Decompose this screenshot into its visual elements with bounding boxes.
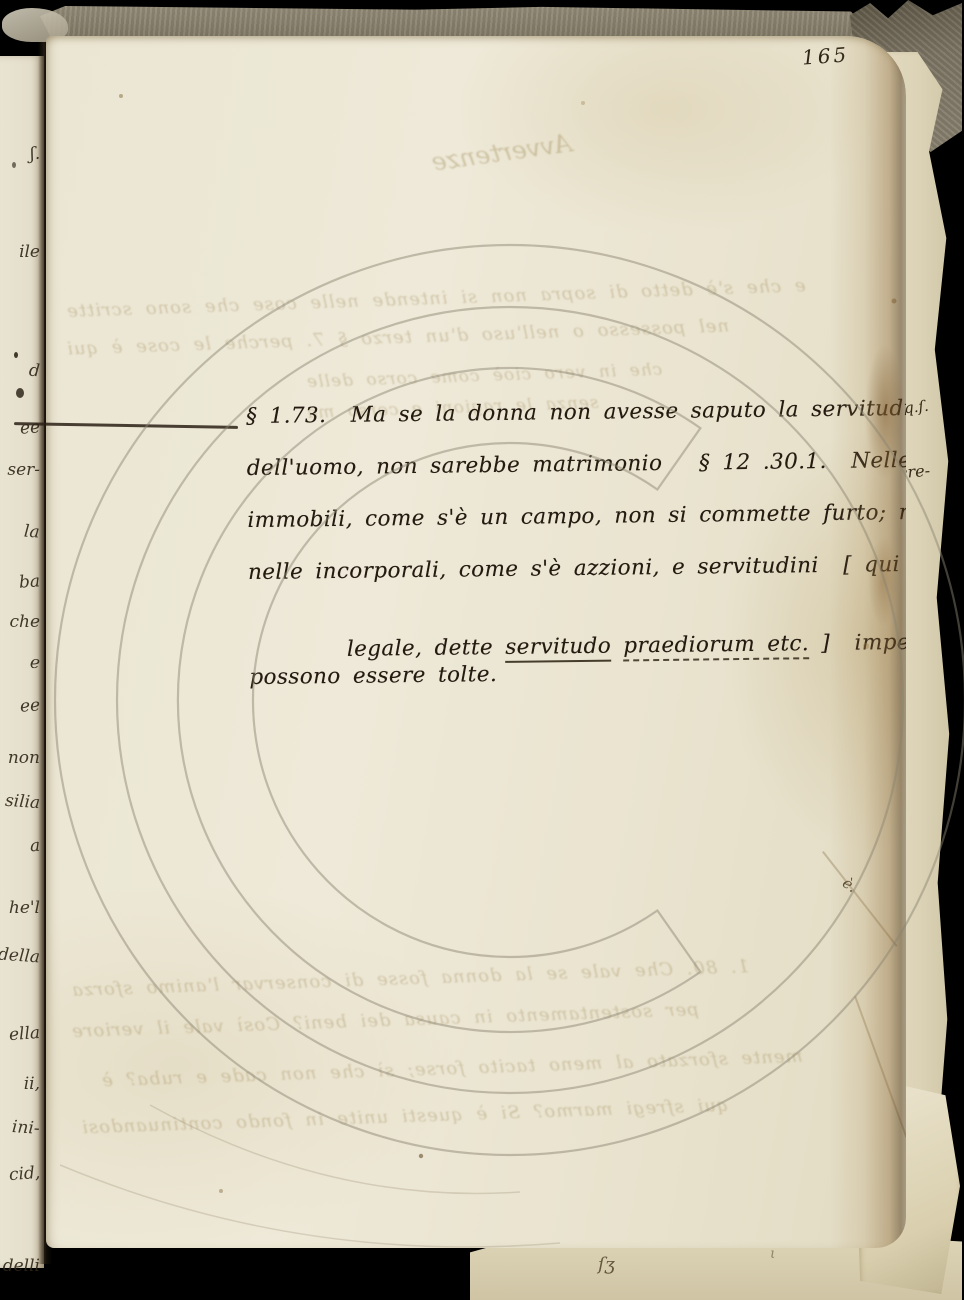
page-curl-shadow — [830, 36, 906, 1248]
foxing-specks — [46, 36, 48, 38]
bleedthrough-line: 1. 80. Che vale se la donna fosse di con… — [71, 956, 750, 1001]
line-text: dell'uomo, non sarebbe matrimonio § 12 .… — [247, 447, 906, 481]
facing-page-fragment: che — [9, 612, 40, 632]
bleedthrough-heading: Avvertenze — [430, 128, 574, 176]
facing-page-fragment: della — [0, 945, 41, 968]
manuscript-line: nelle incorporali, come s'è azzioni, e s… — [248, 551, 906, 585]
edge-text-fragment: ι — [770, 1246, 776, 1262]
bleedthrough-line: per sostentamento in causa dei beni? Cos… — [71, 999, 699, 1042]
edge-text-fragment: ſʒ — [598, 1254, 615, 1275]
manuscript-line: § 1.73. Ma se la donna non avesse saputo… — [246, 396, 906, 429]
facing-page-fragment: ini- — [12, 1117, 41, 1139]
facing-page-fragment: delli — [3, 1256, 40, 1276]
line-text: immobili, come s'è un campo, non si comm… — [247, 499, 906, 533]
bleedthrough-line: e che s'è detto di sopra non si intende … — [66, 275, 806, 322]
manuscript-line: dell'uomo, non sarebbe matrimonio § 12 .… — [247, 447, 906, 481]
manuscript-line: immobili, come s'è un campo, non si comm… — [247, 499, 906, 533]
manuscript-photo: ʃ.iledeeser-labacheeeenonsiliaahe'ldella… — [0, 0, 964, 1300]
bleedthrough-line: mente sforzato al meno tacito forse; sì … — [101, 1046, 803, 1091]
line-text: legale, dette — [347, 635, 506, 662]
bleedthrough-line: qui sfregi marmo? Si è questi unite in f… — [81, 1095, 729, 1139]
manuscript-line: possono essere tolte. — [249, 662, 497, 690]
line-text: § 1.73. Ma se la donna non avesse saputo… — [246, 396, 906, 429]
facing-page-fragment: ile — [19, 242, 40, 262]
line-text — [611, 633, 624, 658]
facing-page-fragment: cid, — [8, 1163, 41, 1185]
facing-page-fragment: he'l — [9, 898, 40, 918]
line-text: nelle incorporali, come s'è azzioni, e s… — [248, 551, 906, 585]
manuscript-page: 165 Avvertenze e che s'è detto di sopra … — [46, 36, 906, 1248]
bleedthrough-line: che in vero cioè come corso delle — [306, 360, 663, 392]
underlined-term: servitudo — [505, 634, 611, 663]
bleedthrough-line: nel possesso o nell'uso d'un terzo § 7. … — [66, 315, 730, 359]
edge-text-fragment: q.ſ. — [903, 397, 929, 417]
underlined-term: praediorum etc. — [623, 631, 809, 661]
line-text: possono essere tolte. — [249, 662, 497, 690]
facing-page-fragment: ella — [8, 1023, 40, 1045]
ink-speck — [14, 352, 18, 358]
facing-page-fragment: ser- — [7, 460, 40, 480]
facing-page-fragment: silia — [4, 791, 40, 813]
facing-page-fragment: non — [8, 748, 40, 768]
